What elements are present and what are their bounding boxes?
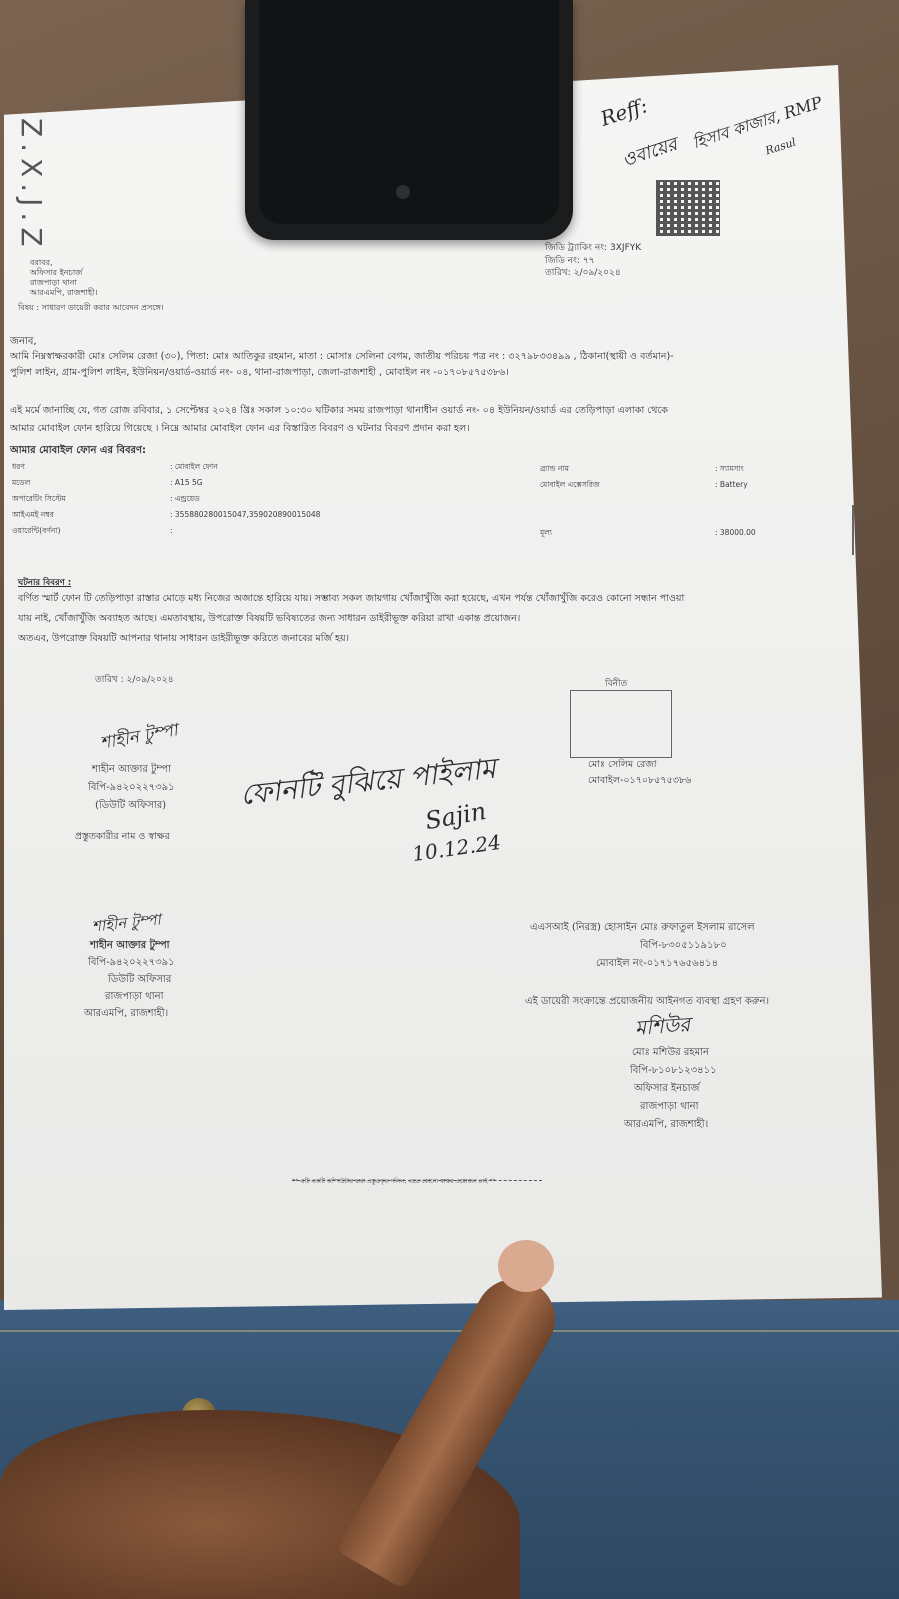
detail-value-model: : A15 5G [170, 478, 203, 487]
footer-underline [292, 1180, 542, 1181]
salutation: জনাব, [10, 334, 37, 351]
applicant-photo-box [570, 690, 672, 758]
detail-value-warranty: : [170, 526, 173, 535]
jeans-seam [0, 1330, 899, 1332]
detail-value-price: : 38000.00 [715, 528, 756, 537]
margin-mark [852, 505, 854, 555]
gd-document-paper [4, 65, 882, 1310]
detail-value-type: : মোবাইল ফোন [170, 462, 218, 474]
footer-note: ** এটি একটি কম্পিউটার দ্বারা প্রস্তুতকৃত… [292, 1176, 495, 1187]
incident-line-3: অতএব, উপরোক্ত বিষয়টি আপনার থানায় সাধার… [18, 632, 349, 647]
loss-statement-line-2: আমার মোবাইল ফোন হারিয়ে গিয়েছে । নিম্নে… [10, 422, 470, 437]
oc-name: মোঃ মশিউর রহমান [632, 1045, 709, 1062]
detail-value-imei: : 355880280015047,359020890015048 [170, 510, 320, 519]
oc-station: রাজপাড়া থানা [640, 1099, 699, 1116]
loss-statement-line-1: এই মর্মে জানাচ্ছি যে, গত রোজ রবিবার, ১ স… [10, 404, 668, 419]
applicant-intro-line-1: আমি নিম্নস্বাক্ষরকারী মোঃ সেলিম রেজা (৩০… [10, 350, 674, 365]
recipient-line-4: আরএমপি, রাজশাহী। [30, 287, 97, 300]
asi-mobile: মোবাইল নং-০১৭১৭৬৫৬৪১৪ [596, 956, 718, 973]
detail-label-warranty: ওয়ারেন্টি(বর্ণনা) [12, 526, 61, 538]
duty-officer-role: ডিউটি অফিসার [108, 972, 171, 989]
asi-bp: বিপি-৮৩০৫১১৯১৮০ [640, 938, 727, 955]
detail-label-brand: ব্র্যান্ড নাম [540, 464, 569, 476]
detail-label-os: অপারেটিং সিস্টেম [12, 494, 66, 506]
detail-label-price: মূল্য [540, 528, 552, 540]
duty-officer-city: আরএমপি, রাজশাহী। [84, 1006, 168, 1023]
detail-value-brand: : স্যামসাং [715, 464, 744, 476]
detail-value-os: : এন্ড্রয়েড [170, 494, 200, 506]
signature-date: তারিখ : ২/০৯/২০২৪ [95, 672, 174, 687]
preparer-caption: প্রস্তুতকারীর নাম ও স্বাক্ষর [75, 830, 170, 845]
oc-bp: বিপি-৮১০৮১২৩৪১১ [630, 1063, 717, 1080]
applicant-closing: বিনীত [605, 676, 627, 691]
qr-code [656, 180, 720, 236]
preparer-bp-number: বিপি-৯৪২০২২৭৩৯১ [88, 780, 175, 797]
subject-line: বিষয় : সাধারণ ডায়েরী করার আবেদন প্রসঙ্… [18, 302, 164, 315]
detail-label-type: ধরণ [12, 462, 25, 474]
asi-name: এএসআই (নিরস্ত্র) হোসাইন মোঃ রুফাতুল ইসলা… [530, 920, 755, 937]
oc-city: আরএমপি, রাজশাহী। [624, 1117, 708, 1134]
phone-section-title: আমার মোবাইল ফোন এর বিবরণ: [10, 443, 146, 460]
detail-value-accessories: : Battery [715, 480, 748, 489]
applicant-intro-line-2: পুলিশ লাইন, গ্রাম-পুলিশ লাইন, ইউনিয়ন/ওয… [10, 366, 509, 381]
fingernail [498, 1240, 554, 1292]
duty-officer-bp: বিপি-৯৪২০২২৭৩৯১ [88, 955, 175, 972]
smartphone [245, 0, 573, 240]
detail-label-model: মডেল [12, 478, 30, 490]
oc-role: অফিসার ইনচার্জ [634, 1081, 699, 1098]
duty-officer-name: শাহীন আক্তার টুম্পা [90, 938, 170, 955]
detail-label-imei: আইএমই নম্বর [12, 510, 54, 522]
applicant-mobile: মোবাইল-০১৭০৮৫৭৫৩৮৬ [588, 774, 691, 789]
oc-instruction: এই ডায়েরী সংক্রান্তে প্রয়োজনীয় আইনগত … [525, 994, 769, 1011]
header-date: তারিখ: ২/০৯/২০২৪ [545, 265, 621, 280]
incident-line-2: যায় নাই, খোঁজাখুঁজি অব্যাহত আছে। এমতাবস… [18, 612, 520, 627]
applicant-name: মোঃ সেলিম রেজা [588, 758, 657, 773]
preparer-role: (ডিউটি অফিসার) [95, 798, 166, 815]
phone-camera [396, 185, 410, 199]
detail-label-accessories: মোবাইল এক্সেসরিজ [540, 480, 600, 492]
incident-line-1: বর্ণিত স্মার্ট ফোন টি তেড়িপাড়া রাস্তার… [18, 592, 684, 607]
preparer-name: শাহীন আক্তার টুম্পা [92, 762, 171, 779]
duty-officer-station: রাজপাড়া থানা [105, 989, 164, 1006]
side-stamp: Z.X.J.Z [15, 118, 48, 253]
oc-handwritten-signature: মশিউর [634, 1010, 691, 1047]
incident-title: ঘটনার বিবরণ : [18, 576, 71, 590]
